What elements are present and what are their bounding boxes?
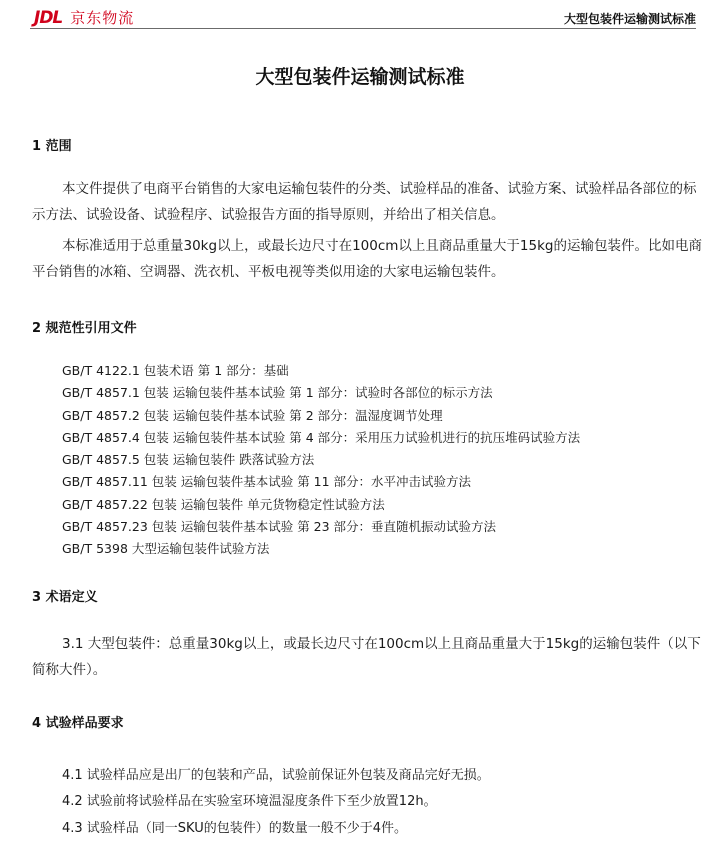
paragraph-scope-1: 本文件提供了电商平台销售的大家电运输包装件的分类、试验样品的准备、试验方案、试验…: [32, 176, 702, 228]
requirement-item-4-3: 4.3 试验样品（同一SKU的包装件）的数量一般不少于4件。: [62, 817, 407, 836]
paragraph-definition-3-1: 3.1 大型包装件：总重量30kg以上，或最长边尺寸在100cm以上且商品重量大…: [32, 631, 702, 683]
reference-item: GB/T 4122.1 包装术语 第 1 部分：基础: [62, 360, 580, 382]
requirement-item-4-2: 4.2 试验前将试验样品在实验室环境温湿度条件下至少放置12h。: [62, 790, 437, 809]
running-title: 大型包装件运输测试标准: [564, 10, 696, 27]
reference-item: GB/T 4857.22 包装 运输包装件 单元货物稳定性试验方法: [62, 494, 580, 516]
reference-item: GB/T 5398 大型运输包装件试验方法: [62, 538, 580, 560]
section-heading-sample-requirements: 4 试验样品要求: [32, 712, 124, 731]
requirement-item-4-1: 4.1 试验样品应是出厂的包装和产品，试验前保证外包装及商品完好无损。: [62, 764, 490, 783]
logo-mark: JDL: [34, 8, 62, 28]
reference-item: GB/T 4857.11 包装 运输包装件基本试验 第 11 部分：水平冲击试验…: [62, 471, 580, 493]
section-heading-scope: 1 范围: [32, 135, 72, 154]
reference-item: GB/T 4857.5 包装 运输包装件 跌落试验方法: [62, 449, 580, 471]
reference-item: GB/T 4857.1 包装 运输包装件基本试验 第 1 部分：试验时各部位的标…: [62, 382, 580, 404]
reference-item: GB/T 4857.2 包装 运输包装件基本试验 第 2 部分：温湿度调节处理: [62, 405, 580, 427]
jdl-logo: JDL 京东物流: [34, 8, 134, 28]
paragraph-scope-2: 本标准适用于总重量30kg以上，或最长边尺寸在100cm以上且商品重量大于15k…: [32, 233, 702, 285]
document-title: 大型包装件运输测试标准: [0, 62, 720, 89]
reference-item: GB/T 4857.4 包装 运输包装件基本试验 第 4 部分：采用压力试验机进…: [62, 427, 580, 449]
reference-list: GB/T 4122.1 包装术语 第 1 部分：基础 GB/T 4857.1 包…: [62, 360, 580, 561]
page-header: JDL 京东物流 大型包装件运输测试标准: [30, 8, 696, 29]
reference-item: GB/T 4857.23 包装 运输包装件基本试验 第 23 部分：垂直随机振动…: [62, 516, 580, 538]
logo-text: 京东物流: [70, 8, 134, 28]
section-heading-definitions: 3 术语定义: [32, 586, 98, 605]
section-heading-references: 2 规范性引用文件: [32, 317, 137, 336]
